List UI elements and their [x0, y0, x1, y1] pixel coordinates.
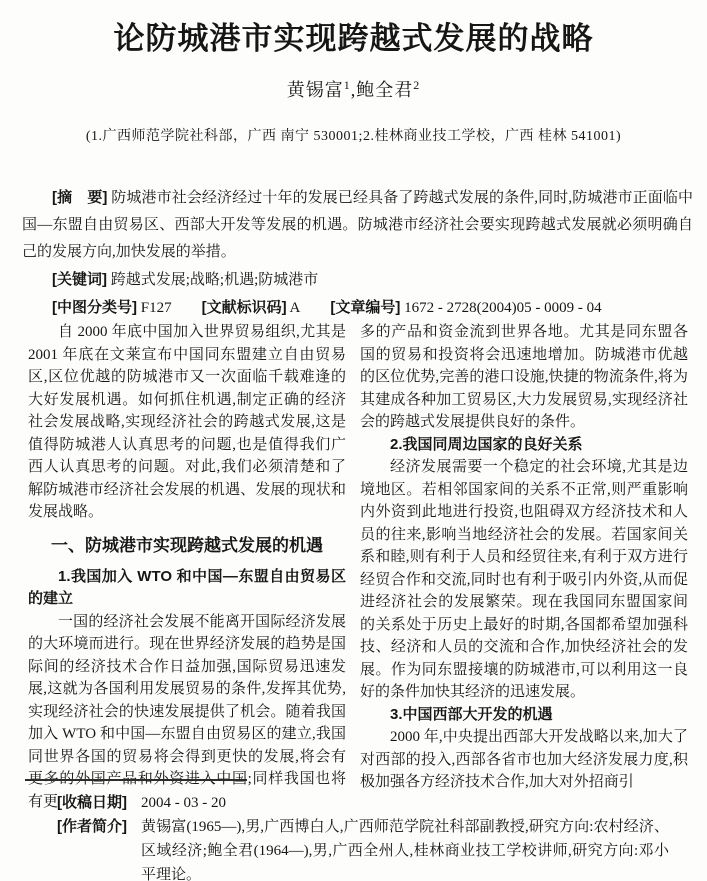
right-column: 多的产品和资金流到世界各地。尤其是同东盟各国的贸易和投资将会迅速地增加。防城港市…	[360, 321, 688, 813]
author-bio-row: [作者简介] 黄锡富(1965—),男,广西博白人,广西师范学院社科部副教授,研…	[57, 815, 669, 881]
footnote-rows: [收稿日期] 2004 - 03 - 20 [作者简介] 黄锡富(1965—),…	[57, 791, 669, 881]
affiliation-line: (1.广西师范学院社科部，广西 南宁 530001;2.桂林商业技工学校，广西 …	[0, 125, 707, 145]
author-affiliation-mark-2: 2	[413, 78, 420, 92]
clc-label: [中图分类号]	[52, 299, 137, 316]
continuation-paragraph: 多的产品和资金流到世界各地。尤其是同东盟各国的贸易和投资将会迅速地增加。防城港市…	[360, 321, 688, 434]
clc-value: F127	[141, 300, 172, 316]
left-column: 自 2000 年底中国加入世界贸易组织,尤其是 2001 年底在文莱宣布中国同东…	[28, 321, 346, 813]
abstract-label: [摘 要]	[52, 189, 107, 206]
keywords-label: [关键词]	[52, 271, 107, 288]
subsection-3-heading: 3.中国西部大开发的机遇	[360, 704, 688, 727]
body-columns: 自 2000 年底中国加入世界贸易组织,尤其是 2001 年底在文莱宣布中国同东…	[28, 321, 688, 813]
doc-code-value: A	[290, 300, 301, 316]
received-date-row: [收稿日期] 2004 - 03 - 20	[57, 791, 669, 815]
doc-code-pair: [文献标识码] A	[202, 300, 301, 316]
clc-pair: [中图分类号] F127	[52, 300, 172, 316]
keywords-text: 跨越式发展;战略;机遇;防城港市	[111, 272, 319, 288]
article-ids-line: [中图分类号] F127[文献标识码] A[文章编号] 1672 - 2728(…	[22, 294, 693, 322]
keywords-line: [关键词] 跨越式发展;战略;机遇;防城港市	[22, 266, 693, 294]
author-name-1: 黄锡富	[287, 80, 344, 100]
abstract-paragraph: [摘 要] 防城港市社会经济经过十年的发展已经具备了跨越式发展的条件,同时,防城…	[22, 184, 693, 266]
author-affiliation-mark-1: 1	[344, 78, 351, 92]
article-id-value: 1672 - 2728(2004)05 - 0009 - 04	[404, 300, 601, 316]
author-name-2: 鲍全君	[356, 80, 413, 100]
meta-block: [摘 要] 防城港市社会经济经过十年的发展已经具备了跨越式发展的条件,同时,防城…	[22, 184, 693, 322]
section-1-heading: 一、防城港市实现跨越式发展的机遇	[28, 534, 346, 557]
received-date-value: 2004 - 03 - 20	[141, 791, 669, 815]
abstract-text: 防城港市社会经济经过十年的发展已经具备了跨越式发展的条件,同时,防城港市正面临中…	[22, 190, 693, 260]
footnote-block: [收稿日期] 2004 - 03 - 20 [作者简介] 黄锡富(1965—),…	[0, 779, 707, 881]
article-id-pair: [文章编号] 1672 - 2728(2004)05 - 0009 - 04	[330, 300, 601, 316]
article-id-label: [文章编号]	[330, 299, 400, 316]
intro-paragraph: 自 2000 年底中国加入世界贸易组织,尤其是 2001 年底在文莱宣布中国同东…	[28, 321, 346, 524]
author-bio-text: 黄锡富(1965—),男,广西博白人,广西师范学院社科部副教授,研究方向:农村经…	[141, 815, 669, 881]
subsection-2-paragraph: 经济发展需要一个稳定的社会环境,尤其是边境地区。若相邻国家间的关系不正常,则严重…	[360, 456, 688, 704]
page-title: 论防城港市实现跨越式发展的战略	[0, 13, 707, 58]
authors-line: 黄锡富1,鲍全君2	[0, 76, 707, 102]
subsection-2-heading: 2.我国同周边国家的良好关系	[360, 434, 688, 457]
paper-page: 论防城港市实现跨越式发展的战略 黄锡富1,鲍全君2 (1.广西师范学院社科部，广…	[0, 0, 707, 881]
subsection-1-heading: 1.我国加入 WTO 和中国—东盟自由贸易区的建立	[28, 566, 346, 611]
author-bio-label: [作者简介]	[57, 815, 141, 839]
received-date-label: [收稿日期]	[57, 791, 141, 815]
footnote-divider	[25, 779, 247, 781]
doc-code-label: [文献标识码]	[202, 299, 287, 316]
